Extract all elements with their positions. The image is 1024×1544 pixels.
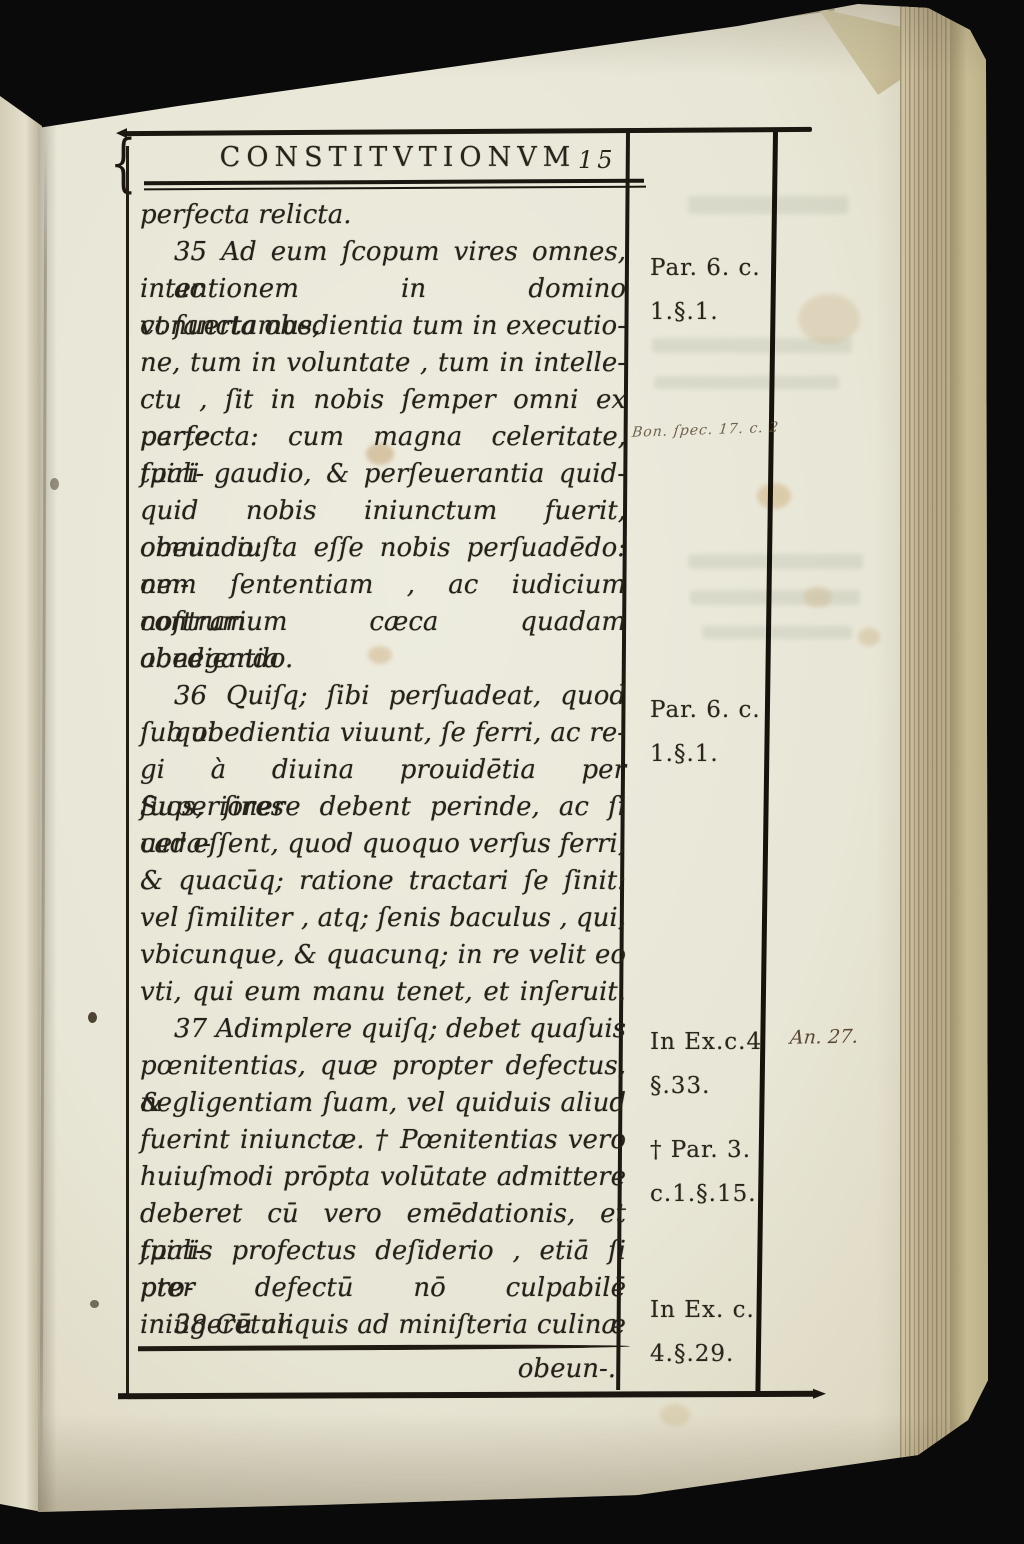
- text-line: 36 Quiſq; ſibi perſuadeat, quod qui: [140, 678, 626, 715]
- book-page: { CONSTITVTIONVM 15 perfecta relicta.35 …: [38, 0, 990, 1520]
- margin-note-line: Par. 6. c.: [650, 246, 776, 290]
- text-line: vt ſancta obedientia tum in executio-: [140, 308, 626, 345]
- frame-bottom-rule: [118, 1391, 818, 1399]
- text-line: abnegando.: [140, 641, 626, 678]
- show-through-text: [690, 590, 860, 605]
- text-line: quid nobis iniunctum fuerit, obeundo:: [140, 493, 626, 530]
- text-line: 38 Cū aliquis ad miniſteria culinæ: [140, 1307, 626, 1344]
- show-through-text: [688, 196, 848, 214]
- running-title: CONSTITVTIONVM: [188, 142, 608, 173]
- cover-edge: [950, 14, 988, 1438]
- text-line: uer eſſent, quod quoquo verſus ferri,: [140, 826, 626, 863]
- ink-speck: [88, 1012, 97, 1023]
- text-line: intentionem in domino conuertamus,: [140, 271, 626, 308]
- margin-note: † Par. 3.c.1.§.15.: [650, 1128, 776, 1216]
- ink-speck: [50, 478, 59, 490]
- margin-note: In Ex.c.4§.33.: [650, 1020, 776, 1108]
- text-line: huiuſmodi prōpta volūtate admittere: [140, 1159, 626, 1196]
- paper-crease: [40, 140, 48, 1470]
- show-through-text: [654, 376, 839, 389]
- catchword: obeun-.: [140, 1354, 616, 1384]
- text-line: 35 Ad eum ſcopum vires omnes, ac: [140, 234, 626, 271]
- text-line: & quacūq; ratione tractari ſe ſinit:: [140, 863, 626, 900]
- text-block: perfecta relicta.35 Ad eum ſcopum vires …: [140, 197, 626, 1344]
- margin-note: In Ex. c.4.§.29.: [650, 1288, 776, 1376]
- text-line: pœnitentias, quæ propter defectus, &: [140, 1048, 626, 1085]
- text-line: deberet cū vero emēdationis, et ſpiri-: [140, 1196, 626, 1233]
- text-line: vbicunque, & quacunq; in re velit eo: [140, 937, 626, 974]
- text-line: omnia iuſta eſſe nobis perſuadēdo: om-: [140, 530, 626, 567]
- text-line: ctu , ſit in nobis ſemper omni ex parte: [140, 382, 626, 419]
- text-line: tualis profectus deſiderio , etiā ſi pro…: [140, 1233, 626, 1270]
- book-photograph: { CONSTITVTIONVM 15 perfecta relicta.35 …: [0, 0, 1024, 1544]
- margin-note-line: In Ex. c.: [650, 1288, 776, 1332]
- margin-note: Par. 6. c.1.§.1.: [650, 246, 776, 334]
- page-top-edge: [31, 0, 835, 126]
- margin-note: Par. 6. c.1.§.1.: [650, 688, 776, 776]
- margin-note-line: In Ex.c.4: [650, 1020, 776, 1064]
- frame-left-rule: [126, 146, 129, 1398]
- text-line: ſuos, ſinere debent perinde, ac ſi cada-: [140, 789, 626, 826]
- header-rule-lower: [144, 186, 646, 191]
- margin-note-line: c.1.§.15.: [650, 1172, 776, 1216]
- text-line: contrarium cæca quadam obedientia: [140, 604, 626, 641]
- text-line: gi à diuina prouidētia per Superiores: [140, 752, 626, 789]
- text-line: vel ſimiliter , atq; ſenis baculus , qui…: [140, 900, 626, 937]
- ink-speck: [90, 1300, 99, 1308]
- text-line: tuali gaudio, & perſeuerantia quid-: [140, 456, 626, 493]
- foxing-stain: [798, 294, 860, 344]
- show-through-text: [688, 554, 863, 569]
- text-line: fuerint iniunctæ. † Pœnitentias vero: [140, 1122, 626, 1159]
- margin-note-line: Par. 6. c.: [650, 688, 776, 732]
- foxing-stain: [660, 1404, 690, 1426]
- margin-note-line: §.33.: [650, 1064, 776, 1108]
- facing-page-edge: [0, 0, 42, 1520]
- text-line: nem ſententiam , ac iudicium noſtrum: [140, 567, 626, 604]
- text-line: ſub obedientia viuunt, ſe ferri, ac re-: [140, 715, 626, 752]
- margin-note-line: † Par. 3.: [650, 1128, 776, 1172]
- margin-note-line: 4.§.29.: [650, 1332, 776, 1376]
- page-number: 15: [578, 146, 624, 174]
- handwritten-note: An. 27.: [789, 1025, 881, 1049]
- text-line: 37 Adimplere quiſq; debet quaſuis: [140, 1011, 626, 1048]
- frame-bracket: {: [110, 126, 137, 200]
- header-rule-upper: [144, 179, 644, 185]
- foxing-stain: [804, 586, 832, 608]
- text-line: ne, tum in voluntate , tum in intelle-: [140, 345, 626, 382]
- foxing-stain: [757, 483, 791, 509]
- fore-edge-page-stack: [900, 0, 952, 1462]
- catchword-rule: [138, 1344, 630, 1351]
- text-line: negligentiam ſuam, vel quiduis aliud: [140, 1085, 626, 1122]
- show-through-text: [702, 626, 852, 639]
- text-line: pter defectū nō culpabilē iniūgerētur.: [140, 1270, 626, 1307]
- margin-note-line: 1.§.1.: [650, 732, 776, 776]
- text-line: vti, qui eum manu tenet, et inſeruit.: [140, 974, 626, 1011]
- foxing-stain: [858, 628, 880, 646]
- text-line: perfecta: cum magna celeritate, ſpiri-: [140, 419, 626, 456]
- margin-note-line: 1.§.1.: [650, 290, 776, 334]
- text-line: perfecta relicta.: [140, 197, 626, 234]
- frame-top-rule: [122, 127, 812, 136]
